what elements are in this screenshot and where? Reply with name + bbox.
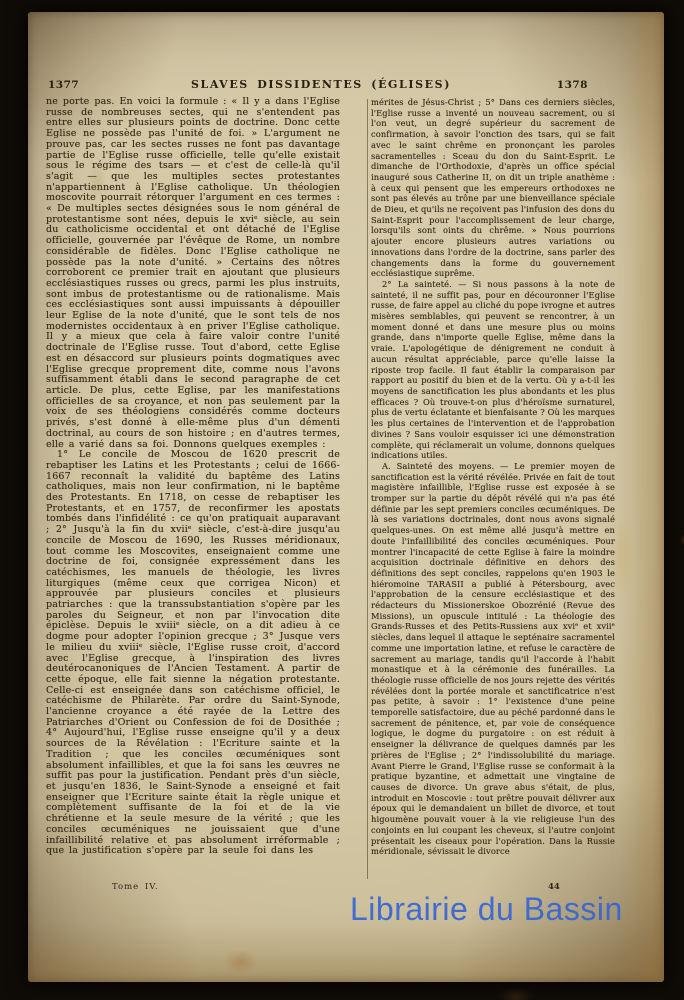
page-title: SLAVES DISSIDENTES (ÉGLISES)	[100, 78, 542, 91]
paragraph: 1° Le concile de Moscou de 1620 prescrit…	[46, 450, 340, 857]
folio-right: 1378	[542, 79, 588, 91]
page-edge-yellowing	[618, 12, 664, 982]
left-column: ne porte pas. En voici la formule : « Il…	[46, 97, 340, 883]
paragraph: A. Sainteté des moyens. — Le premier moy…	[371, 461, 615, 857]
stain-spot	[680, 534, 684, 546]
watermark-text: Librairie du Bassin	[350, 891, 623, 928]
folio-left: 1377	[48, 79, 100, 91]
paragraph: 2° La sainteté. — Si nous passons à la n…	[371, 279, 615, 461]
column-divider	[367, 99, 368, 879]
paragraph: mérites de Jésus-Christ ; 5° Dans ces de…	[371, 97, 615, 279]
paragraph: ne porte pas. En voici la formule : « Il…	[46, 97, 340, 450]
page-bottom-yellowing	[28, 922, 664, 982]
running-header: 1377 SLAVES DISSIDENTES (ÉGLISES) 1378	[48, 78, 588, 91]
book-page: 1377 SLAVES DISSIDENTES (ÉGLISES) 1378 n…	[28, 12, 664, 982]
tome-label: Tome IV.	[112, 882, 159, 892]
stain-spot	[496, 987, 536, 1000]
scanned-book-page: 1377 SLAVES DISSIDENTES (ÉGLISES) 1378 n…	[0, 0, 684, 1000]
right-column: mérites de Jésus-Christ ; 5° Dans ces de…	[371, 97, 615, 879]
